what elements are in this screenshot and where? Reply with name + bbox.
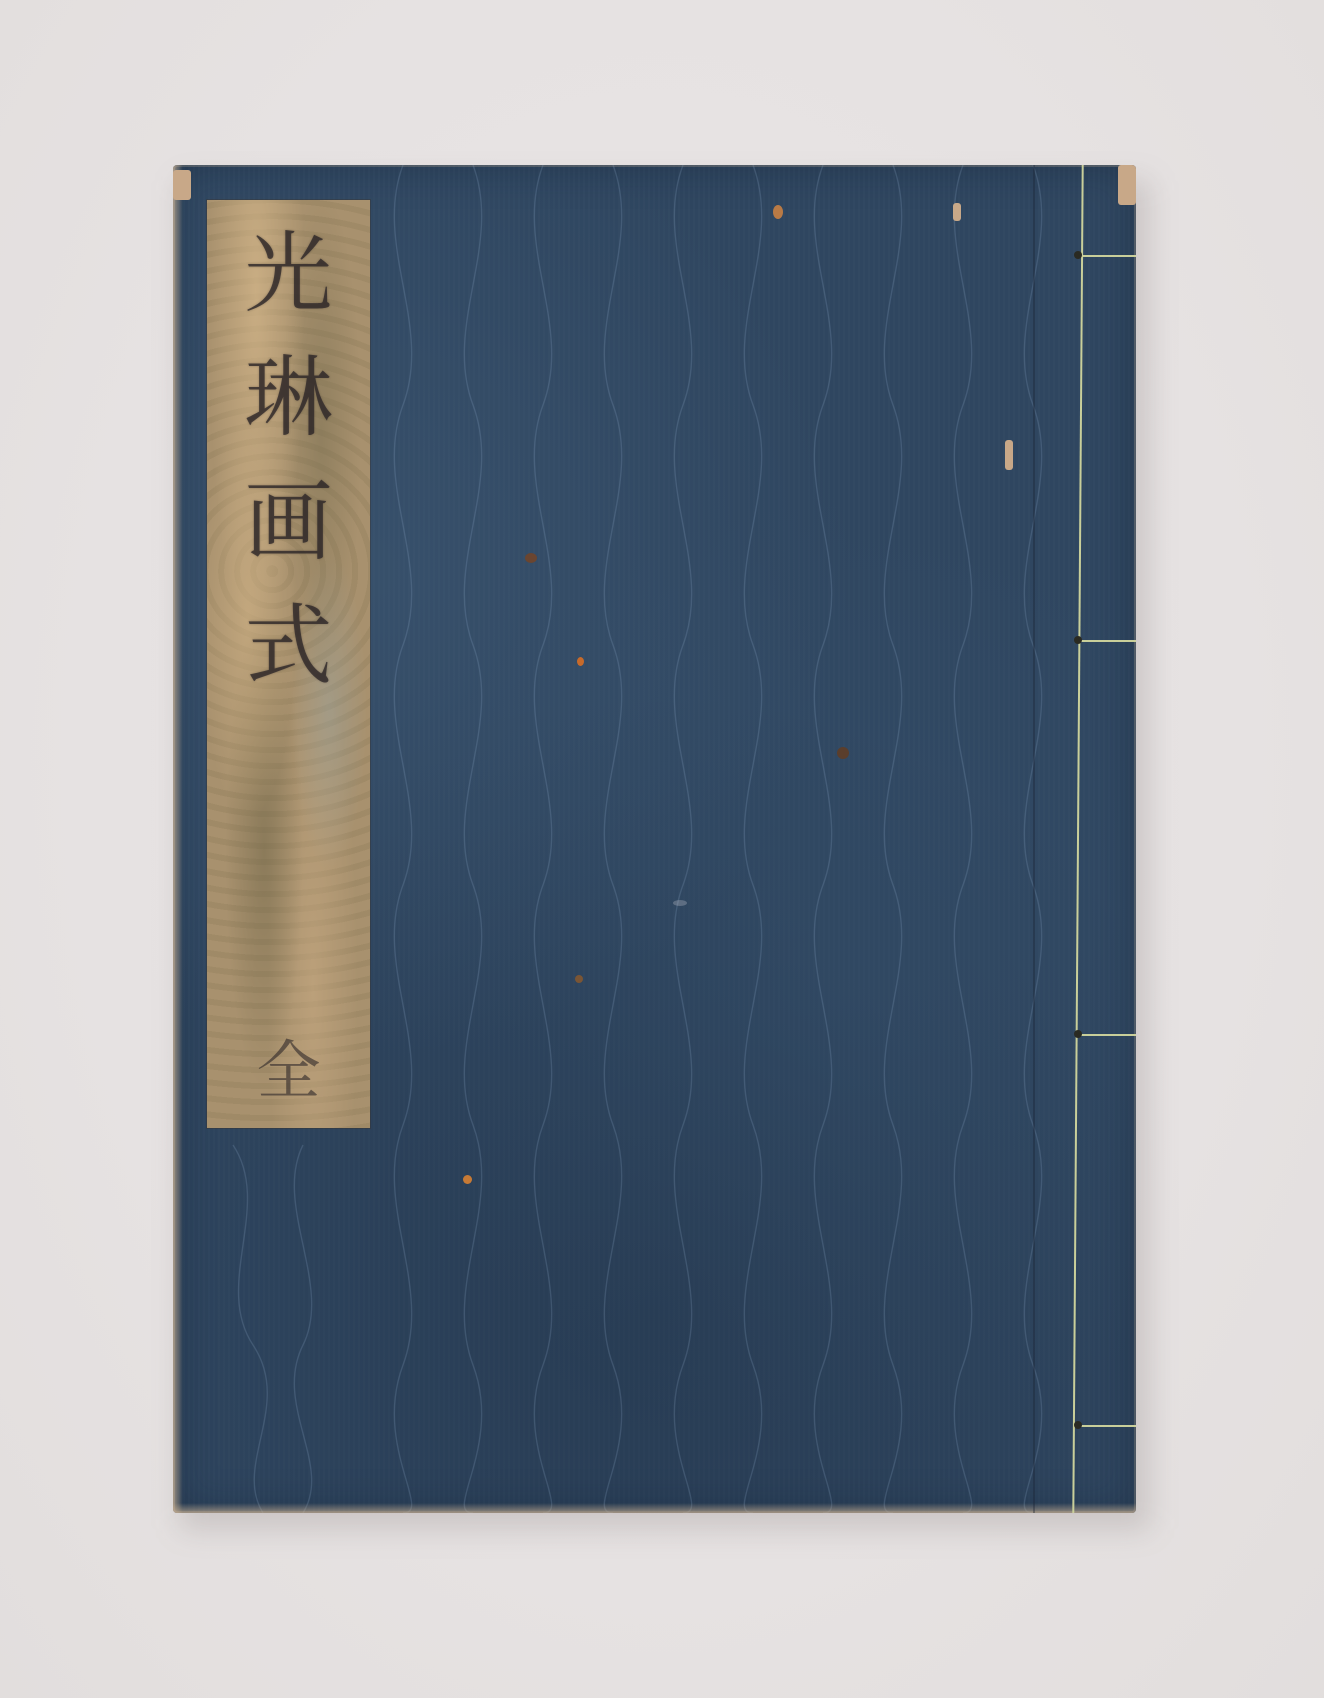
stain <box>577 657 584 666</box>
stain <box>773 205 783 219</box>
worn-patch <box>953 203 961 221</box>
title-slip: 光 琳 画 式 全 <box>207 200 370 1128</box>
stain <box>463 1175 472 1184</box>
volume-mark: 全 <box>207 1020 370 1112</box>
worn-bottom-edge <box>173 1503 1136 1513</box>
title-char-3: 画 <box>244 478 332 566</box>
stain <box>673 900 687 906</box>
worn-patch <box>1118 165 1136 205</box>
stain <box>837 747 849 759</box>
stitch-hole <box>1074 636 1082 644</box>
stain <box>525 553 537 563</box>
binding-stitch <box>1079 1034 1136 1036</box>
worn-left-edge <box>173 165 183 1513</box>
binding-stitch <box>1079 1425 1136 1427</box>
stitch-hole <box>1074 1030 1082 1038</box>
title-text: 光 琳 画 式 <box>207 230 370 726</box>
worn-patch <box>1005 440 1013 470</box>
worn-patch <box>173 170 191 200</box>
stitch-hole <box>1074 251 1082 259</box>
title-char-4: 式 <box>244 602 332 690</box>
binding-stitch <box>1079 640 1136 642</box>
title-char-2: 琳 <box>244 354 332 442</box>
title-char-1: 光 <box>244 230 332 318</box>
spine-fold-line <box>1033 165 1035 1513</box>
book-cover: 光 琳 画 式 全 <box>173 165 1136 1513</box>
stain <box>575 975 583 983</box>
binding-stitch <box>1079 255 1136 257</box>
stitch-hole <box>1074 1421 1082 1429</box>
